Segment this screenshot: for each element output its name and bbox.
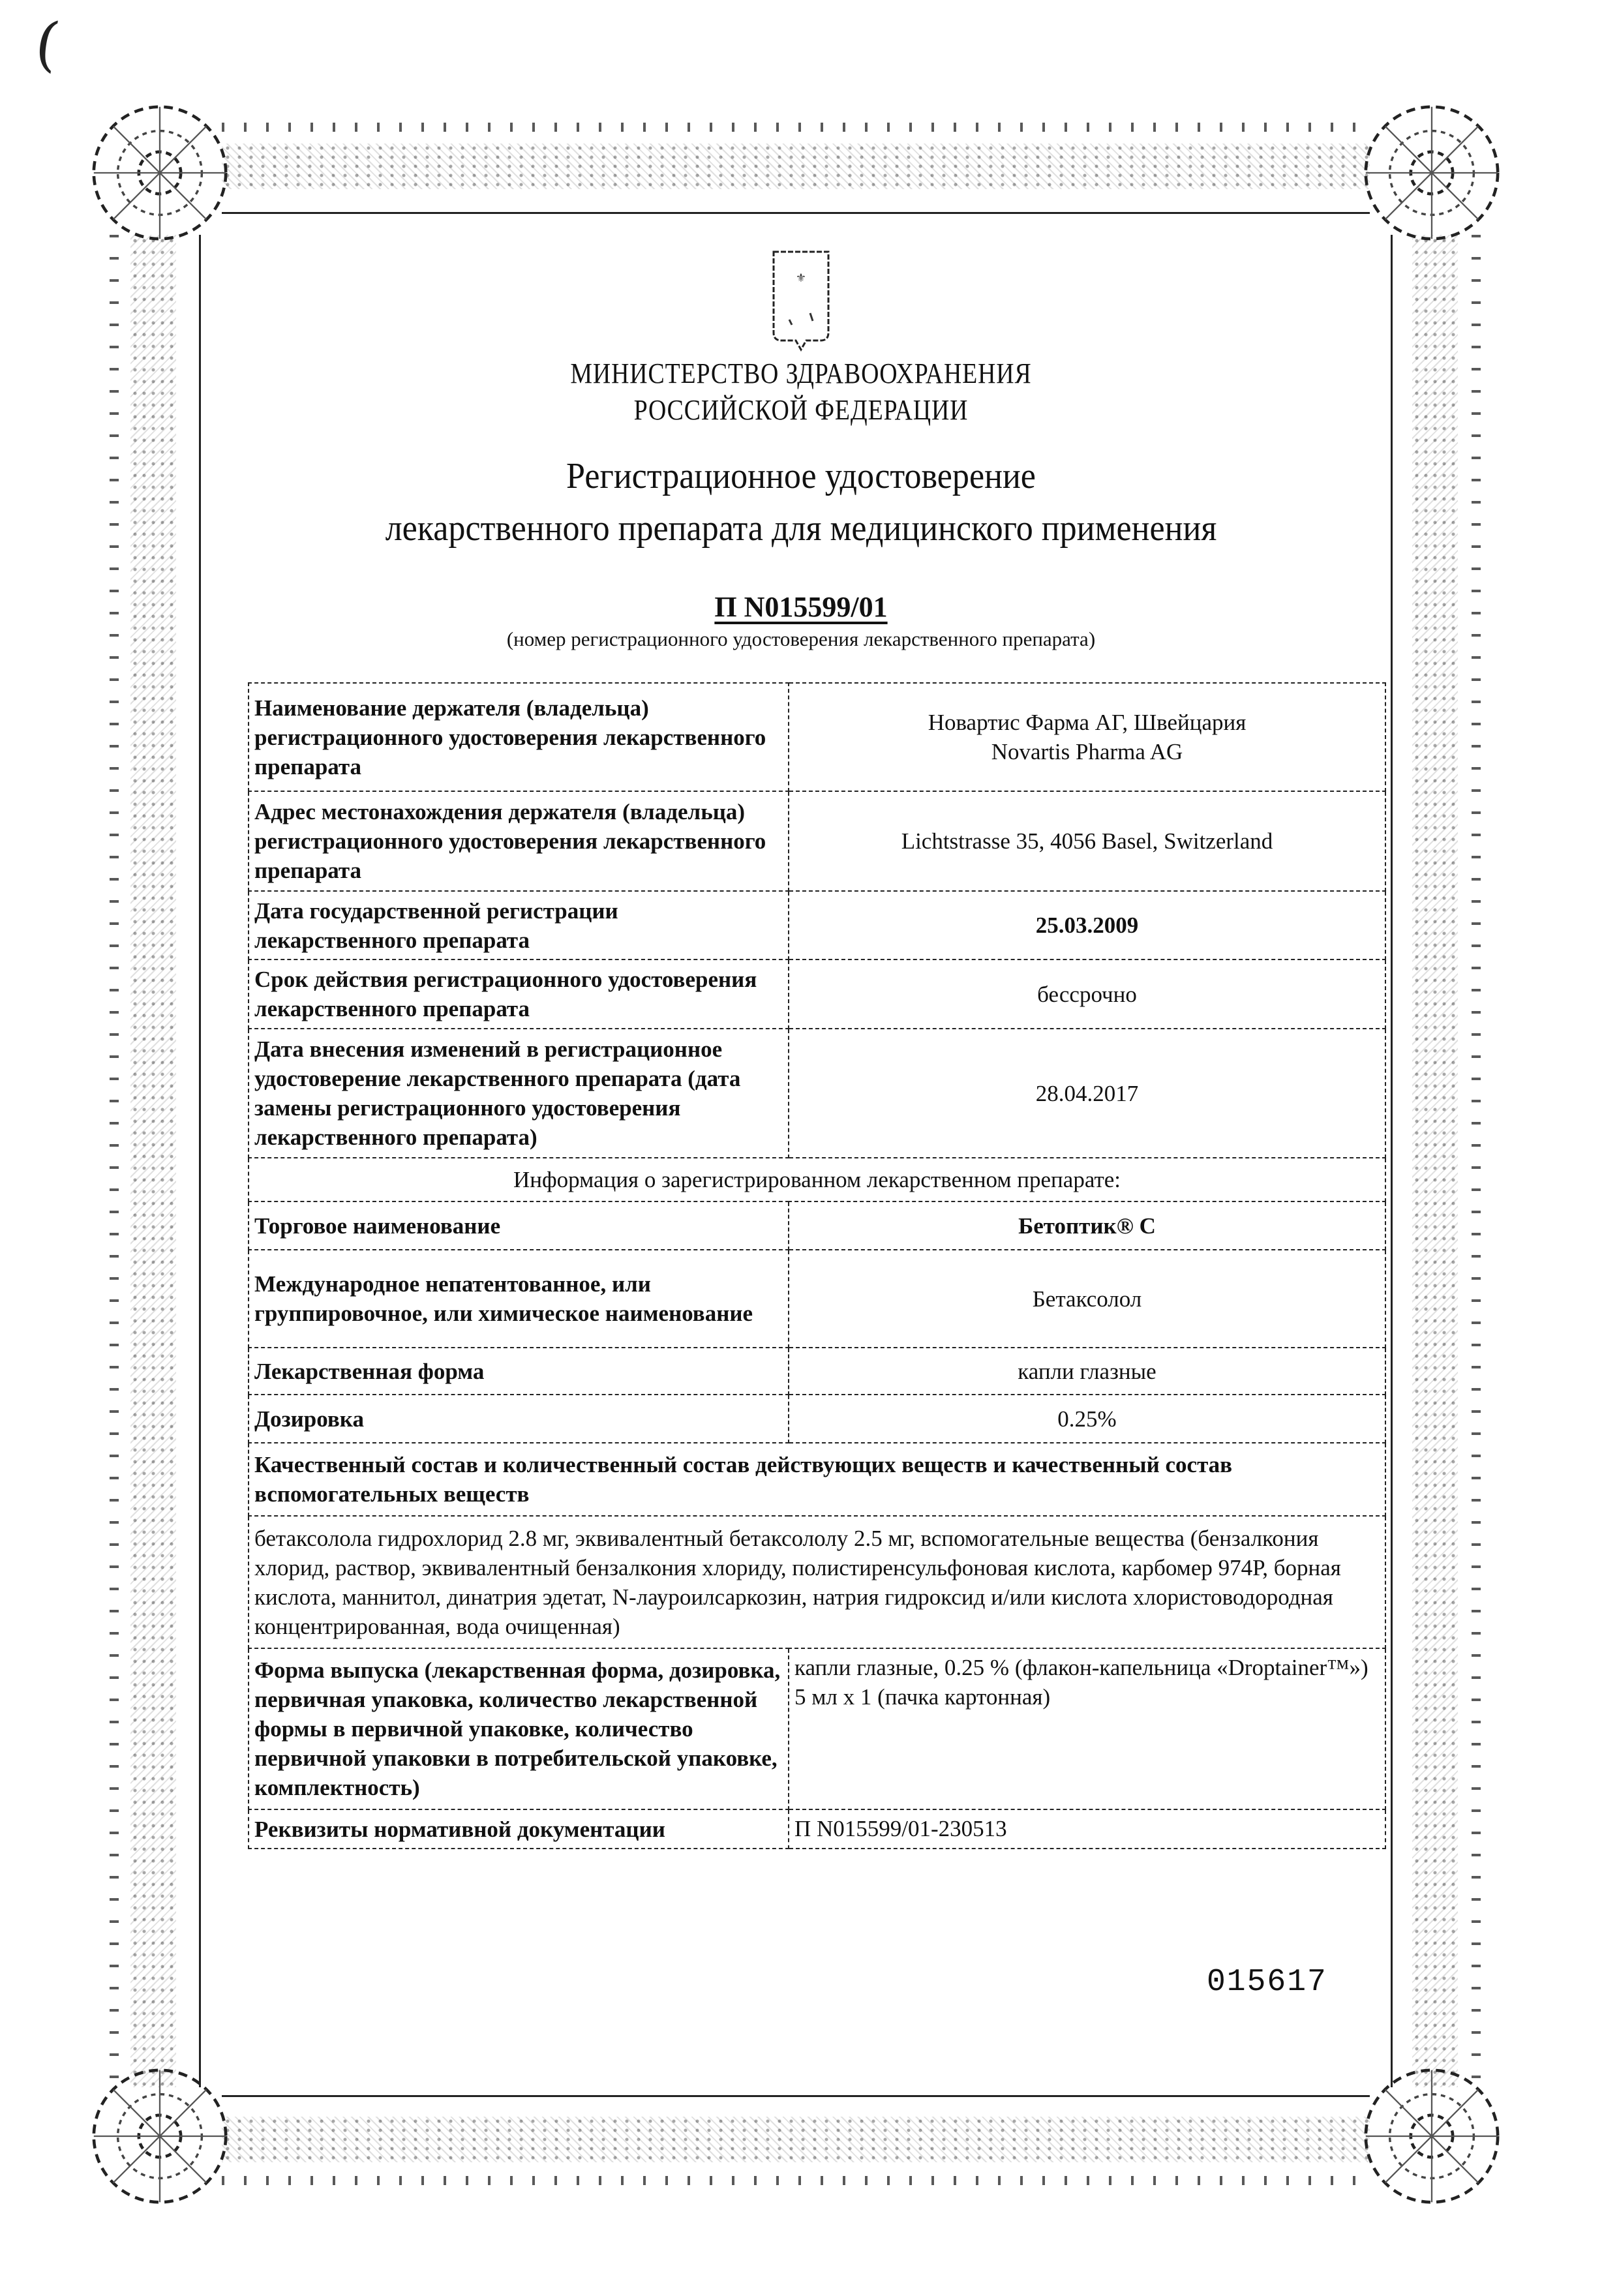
holder-name-ru: Новартис Фарма АГ, Швейцария <box>794 708 1380 737</box>
document-title: Регистрационное удостоверение лекарствен… <box>56 450 1546 554</box>
registration-date-label: Дата государственной регистрации лекарст… <box>249 891 789 959</box>
normative-docs-value: П N015599/01-230513 <box>789 1809 1385 1849</box>
registration-date-value: 25.03.2009 <box>789 891 1385 959</box>
table-row: Адрес местонахождения держателя (владель… <box>249 791 1385 891</box>
inn-label: Международное непатентованное, или групп… <box>249 1250 789 1348</box>
table-row: Информация о зарегистрированном лекарств… <box>249 1158 1385 1201</box>
table-row: бетаксолола гидрохлорид 2.8 мг, эквивале… <box>249 1516 1385 1648</box>
registration-number: П N015599/01 <box>0 590 1602 624</box>
table-row: Срок действия регистрационного удостовер… <box>249 959 1385 1029</box>
normative-docs-label: Реквизиты нормативной документации <box>249 1809 789 1849</box>
holder-name-value: Новартис Фарма АГ, Швейцария Novartis Ph… <box>789 683 1385 791</box>
registration-details-table: Наименование держателя (владельца) регис… <box>248 682 1386 1849</box>
table-row: Качественный состав и количественный сос… <box>249 1443 1385 1516</box>
registration-number-value: П N015599/01 <box>714 591 887 623</box>
ministry-line-1: МИНИСТЕРСТВО ЗДРАВООХРАНЕНИЯ <box>112 355 1490 392</box>
dosage-value: 0.25% <box>789 1395 1385 1443</box>
table-row: Форма выпуска (лекарственная форма, дози… <box>249 1648 1385 1809</box>
dosage-label: Дозировка <box>249 1395 789 1443</box>
holder-name-label: Наименование держателя (владельца) регис… <box>249 683 789 791</box>
form-serial-number: 015617 <box>1207 1965 1327 2000</box>
table-row: Дата государственной регистрации лекарст… <box>249 891 1385 959</box>
ministry-name: МИНИСТЕРСТВО ЗДРАВООХРАНЕНИЯ РОССИЙСКОЙ … <box>112 355 1490 429</box>
corner-rosette-icon <box>85 2061 235 2211</box>
table-row: Дата внесения изменений в регистрационно… <box>249 1029 1385 1158</box>
validity-period-value: бессрочно <box>789 959 1385 1029</box>
ministry-line-2: РОССИЙСКОЙ ФЕДЕРАЦИИ <box>112 392 1490 429</box>
composition-heading: Качественный состав и количественный сос… <box>249 1443 1385 1516</box>
inn-value: Бетаксолол <box>789 1250 1385 1348</box>
trade-name-value: Бетоптик® С <box>789 1201 1385 1250</box>
scan-artifact-mark: ( <box>31 8 63 80</box>
border-bottom-band <box>222 2094 1370 2192</box>
amendment-date-value: 28.04.2017 <box>789 1029 1385 1158</box>
release-form-value: капли глазные, 0.25 % (флакон-капельница… <box>789 1648 1385 1809</box>
validity-period-label: Срок действия регистрационного удостовер… <box>249 959 789 1029</box>
table-row: Лекарственная форма капли глазные <box>249 1348 1385 1395</box>
holder-address-value: Lichtstrasse 35, 4056 Basel, Switzerland <box>789 791 1385 891</box>
holder-name-en: Novartis Pharma AG <box>794 737 1380 766</box>
holder-address-label: Адрес местонахождения держателя (владель… <box>249 791 789 891</box>
dosage-form-label: Лекарственная форма <box>249 1348 789 1395</box>
table-row: Международное непатентованное, или групп… <box>249 1250 1385 1348</box>
drug-info-section-heading: Информация о зарегистрированном лекарств… <box>249 1158 1385 1201</box>
table-row: Торговое наименование Бетоптик® С <box>249 1201 1385 1250</box>
document-title-line-2: лекарственного препарата для медицинског… <box>56 502 1546 554</box>
table-row: Дозировка 0.25% <box>249 1395 1385 1443</box>
amendment-date-label: Дата внесения изменений в регистрационно… <box>249 1029 789 1158</box>
corner-rosette-icon <box>1357 2061 1507 2211</box>
svg-text:⚜: ⚜ <box>796 271 806 284</box>
coat-of-arms-emblem-icon: ⚜ <box>770 248 832 352</box>
dosage-form-value: капли глазные <box>789 1348 1385 1395</box>
release-form-label: Форма выпуска (лекарственная форма, дози… <box>249 1648 789 1809</box>
table-row: Наименование держателя (владельца) регис… <box>249 683 1385 791</box>
composition-text: бетаксолола гидрохлорид 2.8 мг, эквивале… <box>249 1516 1385 1648</box>
document-title-line-1: Регистрационное удостоверение <box>56 450 1546 502</box>
border-top-band <box>222 117 1370 215</box>
corner-rosette-icon <box>1357 98 1507 248</box>
registration-number-caption: (номер регистрационного удостоверения ле… <box>0 627 1602 651</box>
corner-rosette-icon <box>85 98 235 248</box>
table-row: Реквизиты нормативной документации П N01… <box>249 1809 1385 1849</box>
trade-name-label: Торговое наименование <box>249 1201 789 1250</box>
